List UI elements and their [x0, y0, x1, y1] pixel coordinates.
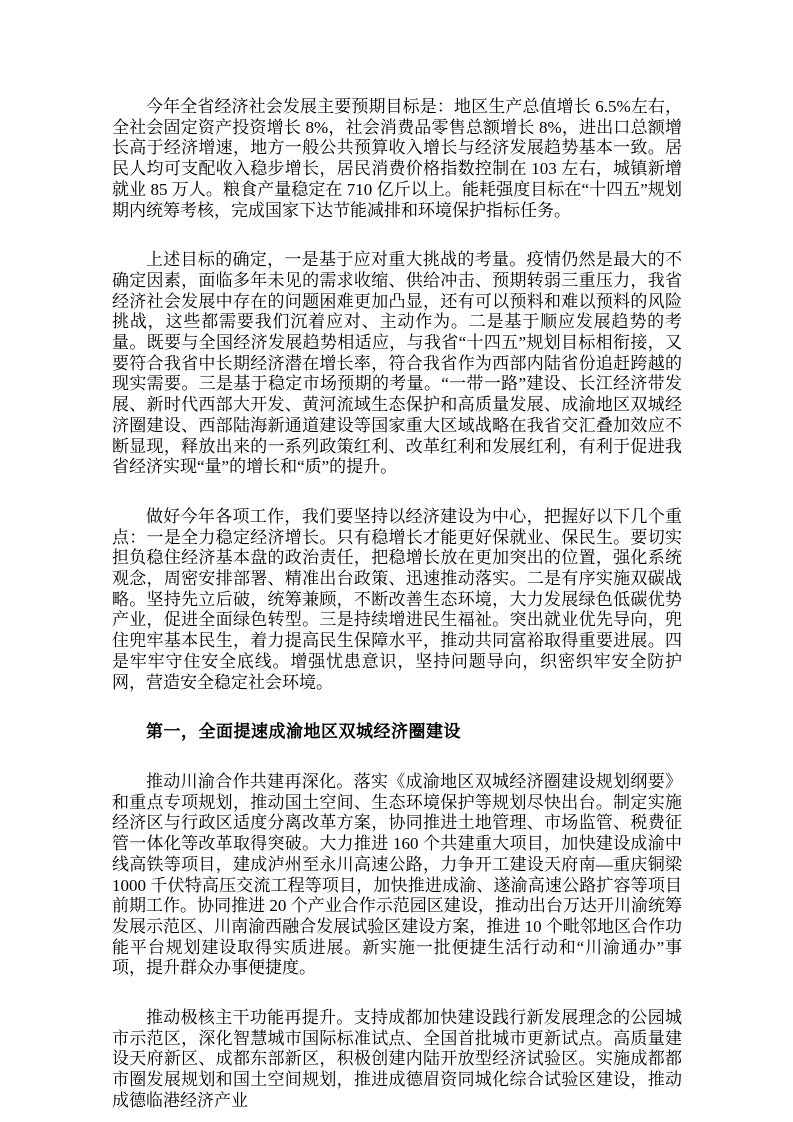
document-page: 今年全省经济社会发展主要预期目标是：地区生产总值增长 6.5%左右，全社会固定资… — [0, 0, 793, 1122]
paragraph-work-priorities: 做好今年各项工作，我们要坚持以经济建设为中心，把握好以下几个重点：一是全力稳定经… — [112, 507, 682, 693]
paragraph-sichuan-chongqing-cooperation: 推动川渝合作共建再深化。落实《成渝地区双城经济圈建设规划纲要》和重点专项规划，推… — [112, 772, 682, 979]
paragraph-core-city-functions: 推动极核主干功能再提升。支持成都加快建设践行新发展理念的公园城市示范区，深化智慧… — [112, 1008, 682, 1112]
paragraph-target-rationale: 上述目标的确定，一是基于应对重大挑战的考量。疫情仍然是最大的不确定因素，面临多年… — [112, 250, 682, 478]
section-heading-chengdu-chongqing-circle: 第一，全面提速成渝地区双城经济圈建设 — [112, 722, 682, 743]
paragraph-annual-targets: 今年全省经济社会发展主要预期目标是：地区生产总值增长 6.5%左右，全社会固定资… — [112, 97, 682, 221]
